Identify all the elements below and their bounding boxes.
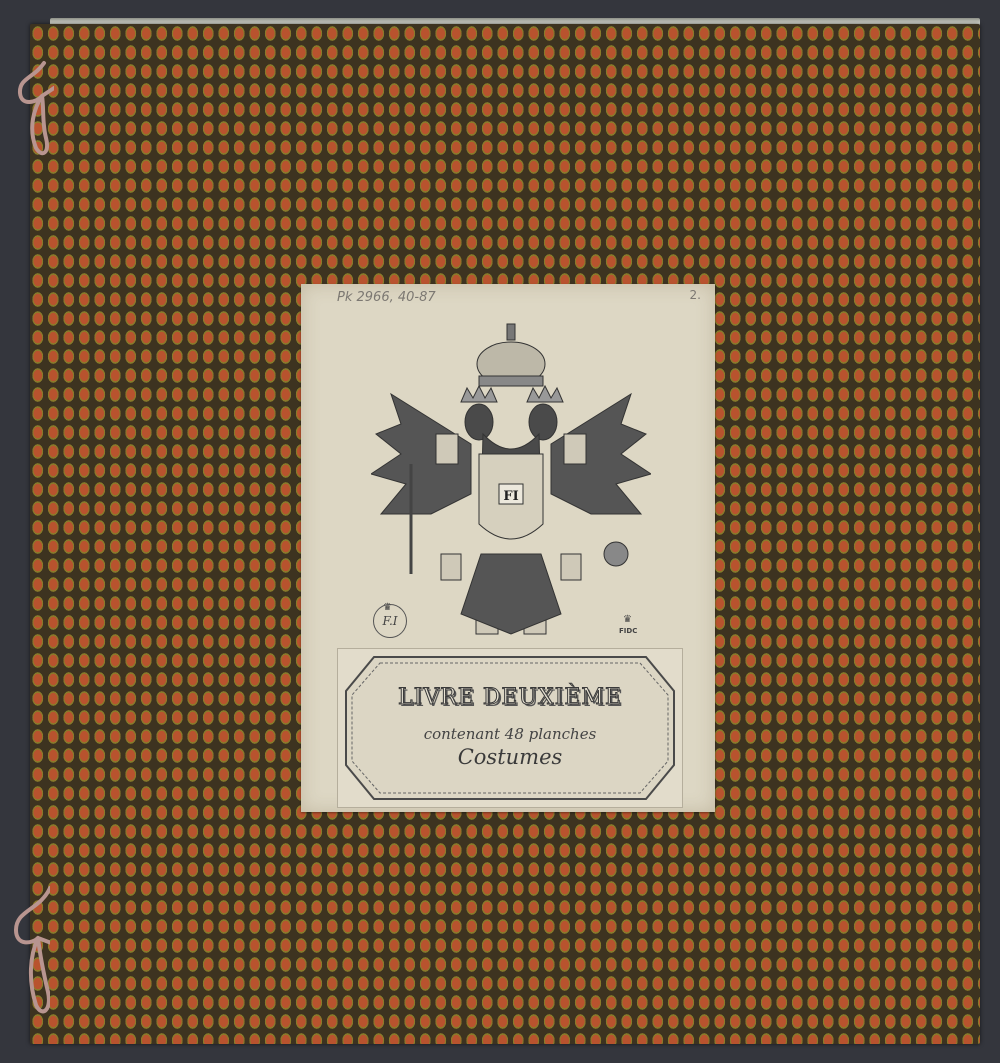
shelfmark: Pk 2966, 40-87 <box>337 290 436 305</box>
printer-mark: FIDC <box>619 627 637 635</box>
contents-note: contenant 48 planches <box>338 725 682 743</box>
double-headed-eagle-coat-of-arms-icon: FI <box>371 314 651 644</box>
subject-title: Costumes <box>338 745 682 769</box>
volume-title: LIVRE DEUXIÈME <box>338 685 682 710</box>
shield-monogram: FI <box>503 489 518 504</box>
title-plaque: LIVRE DEUXIÈME contenant 48 planches Cos… <box>337 648 683 808</box>
monogram-seal: F.I <box>373 604 407 638</box>
printer-crown-icon: ♛ <box>623 614 632 625</box>
title-label: Pk 2966, 40-87 2. <box>301 284 715 812</box>
cord-tie-top <box>14 58 54 168</box>
page-number: 2. <box>690 288 701 302</box>
cord-tie-bottom <box>10 880 50 1020</box>
